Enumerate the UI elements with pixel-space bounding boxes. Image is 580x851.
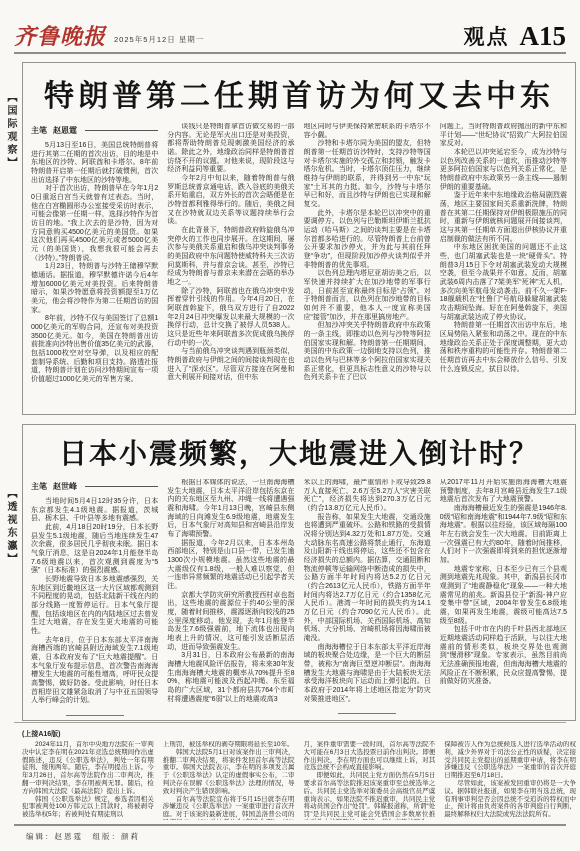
- article1-col4: 问题上，当时特朗普政府抛出的新中东和平计划——“世纪协议”招致广大阿拉伯国家反对…: [440, 123, 567, 385]
- byline-rule: [85, 130, 158, 131]
- paragraph: 月，案件重审需要一段时间，首尔高等法院不大可能在6月3日大选投票日前作出判决。即…: [304, 741, 436, 772]
- article1-byline: 主笔 赵恩霆: [31, 125, 158, 136]
- paragraph: 今年2月中旬以来，随着特朗普与俄罗斯总统普京通电话，跌入谷底的美俄关系开始重启，…: [167, 175, 294, 227]
- weekday: 星期一: [179, 35, 205, 44]
- article1-col2: 谈钱只是特朗普拿首访做交易的一部分内容。无论是军火出口还是对美投资，都将帮助特朗…: [167, 123, 294, 385]
- dateline: 2025年5月12日 星期一: [114, 34, 204, 48]
- article1-columns: 主笔 赵恩霆 5月13日至16日，美国总统特朗普将进行其第二任期的首次出访，目的…: [31, 123, 567, 385]
- continuation-col4-text: 保障被告人作为总统候选人进行选举活动的权利，减少外界对于司法公正性的质疑，决定接…: [444, 741, 576, 819]
- paragraph: 长野地震导致日本多地震感强烈，关东地区到近畿地区这一大片区域都观测到不同程度的晃…: [31, 576, 158, 637]
- byline-label: 主笔: [31, 125, 47, 136]
- paragraph: 与当前俄乌冲突谈判遇到瓶颈类似，特朗普政府与伊朗之间的间接谈判现在也进入了“深水…: [167, 348, 294, 383]
- section-area: 观点 A15: [464, 24, 567, 48]
- paragraph: 即便如此，共同民主党方面仍然在5月5日要求首尔高等法院推迟该案重审至总统选举之后…: [304, 772, 436, 820]
- continuation-col3-text: 月，案件重审需要一段时间，首尔高等法院不大可能在6月3日大选投票日前作出判决。即…: [304, 741, 436, 820]
- paragraph: 以色列总理内塔尼亚胡访美之后，以军快速并持续扩大在加沙地带的军事行动，日前甚至宣…: [304, 270, 431, 322]
- paragraph: 2024年11月，首尔中央地方法院在一审判决中认定李在明在2021年竞选总统期间…: [22, 741, 154, 796]
- paragraph: 报告称，如果发生大地震，交通设施也将遭到严重破坏。公路和铁路的受损情况将分别达到…: [304, 514, 431, 644]
- byline-author: 赵恩霆: [53, 125, 77, 136]
- paragraph: 根据日本媒体的说法，一旦南海海槽发生大地震，日本太平洋沿岸包括东京在内的关东地区…: [167, 479, 294, 540]
- header-rule: [14, 52, 566, 54]
- continuation-col4: 保障被告人作为总统候选人进行选举活动的权利，减少外界对于司法公正性的质疑，决定接…: [444, 741, 576, 820]
- paragraph: 特朗普第一任期首次出访中东后，地区局势陷入紧张和动荡之中。现在的中东地缘政治关系…: [440, 322, 567, 374]
- paragraph: 首尔高等法院宣布将于5月15日就李在明涉嫌违反《公职选举法》一案重审进行首次开庭…: [163, 796, 295, 820]
- article1-col1: 主笔 赵恩霆 5月13日至16日，美国总统特朗普将进行其第二任期的首次出访，目的…: [31, 123, 158, 385]
- paragraph: 沙特和卡塔尔同为美国的盟友，但特朗普第一任期首访沙特时，支持沙特等国对卡塔尔实施…: [304, 140, 431, 209]
- newspaper-page: 齐鲁晚报 2025年5月12日 星期一 观点 A15 【国际观察】 【透视东瀛】…: [0, 0, 580, 851]
- paragraph: 南海海槽最近发生的强震是1946年8.0级“昭和南海地震”和1944年7.9级“…: [440, 505, 567, 566]
- article-trump-mideast: 特朗普第二任期首访为何又去中东 主笔 赵恩霆 5月13日至16日，美国总统特朗普…: [22, 62, 576, 415]
- article2-col1: 主笔 赵世峰 当地时间5月4日12时35分许，日本东京都发生4.1级地震。据报道…: [31, 479, 158, 716]
- paragraph: 上刑罚，被选举权的剥夺期限将延长至10年。: [163, 741, 295, 749]
- editor-credits: 编辑：赵恩霆 组版：颜莉: [26, 831, 140, 842]
- continuation-col2-text: 上刑罚，被选举权的剥夺期限将延长至10年。韩国大法院5月1日对该案作出三审判决，…: [163, 741, 295, 820]
- paragraph: 包括千叶市在内的千叶县西北部地区近期地震活动同样趋于活跃，与以往大地震前的情形类…: [440, 626, 567, 687]
- article1-col2-text: 谈钱只是特朗普拿首访做交易的一部分内容。无论是军火出口还是对美投资，都将帮助特朗…: [167, 123, 294, 383]
- article1-col3: 地区同时与伊美保持紧密联系的卡塔尔不容小觑。沙特和卡塔尔同为美国的盟友，但特朗普…: [304, 123, 431, 385]
- paragraph: 问题上，当时特朗普政府抛出的新中东和平计划——“世纪协议”招致广大阿拉伯国家反对…: [440, 123, 567, 149]
- paragraph: 对于首次出访，特朗普早在今年1月20日重返白宫当天就曾有过表态。当时，他在白宫椭…: [31, 185, 158, 263]
- paragraph: 但加沙冲突关乎特朗普政府中东政策的一条主线，即推动以色列与沙特等阿拉伯国家实现和…: [304, 322, 431, 383]
- newspaper-logo: 齐鲁晚报: [14, 26, 106, 48]
- byline-label: 主笔: [31, 481, 47, 492]
- continued-from-label: (上接A16版): [22, 729, 576, 739]
- continuation-top-rule: [14, 722, 566, 723]
- paragraph: 除了沙特，阿联酋也在俄乌冲突中发挥着穿针引线的作用。今年4月20日，在阿联酋斡旋…: [167, 288, 294, 349]
- paragraph: 此前，4月18日20时19分，日本长野县发生5.1级地震，随后当地连续发生47次…: [31, 524, 158, 576]
- paragraph: 韩国大法院5月1日对该案作出三审判决，推翻二审判决结果，将案件发回首尔高等法院重…: [163, 749, 295, 796]
- page-number: A15: [520, 24, 567, 48]
- column-end-rule: [66, 715, 124, 716]
- masthead-area: 齐鲁晚报 2025年5月12日 星期一: [14, 26, 204, 48]
- article2-col3: 米以上的海啸，最严重情形下或导致29.8万人直接死亡、2.6万至5.2万人“灾害…: [304, 479, 431, 716]
- paragraph: 地区同时与伊美保持紧密联系的卡塔尔不容小觑。: [304, 123, 431, 140]
- article2-headline: 日本小震频繁，大地震进入倒计时？: [31, 432, 567, 472]
- article2-col2-text: 根据日本媒体的说法，一旦南海海槽发生大地震，日本太平洋沿岸包括东京在内的关东地区…: [167, 479, 294, 704]
- byline-rule: [85, 486, 158, 487]
- paragraph: 在此背景下，特朗普政府斡旋俄乌冲突停火的工作也同步展开。在这期间，屡次参与美俄关…: [167, 227, 294, 288]
- paragraph: 当地时间5月4日12时35分许，日本东京都发生4.1级地震。据报道，茨城县、栃木…: [31, 498, 158, 524]
- paragraph: 京都大学防灾研究所教授西村卓也指出，这些地震的震源位于约40公里的深度，随着时间…: [167, 592, 294, 653]
- paragraph: 尽管如此，该案被发回重审仍将是一大争议。据韩联社报道，如果李在明当选总统，现有刑…: [444, 780, 576, 819]
- paragraph: 8年前，沙特不仅与美国签订了总额1000亿美元的军购合同，还宣布对美投资3500…: [31, 315, 158, 384]
- paragraph: 南海海槽位于日本东部太平洋近岸海域的板块聚合处边缘，是一个巨大的断层带，被称为“…: [304, 644, 431, 705]
- continuation-col1-text: 2024年11月，首尔中央地方法院在一审判决中认定李在明在2021年竞选总统期间…: [22, 741, 154, 819]
- article1-col3-text: 地区同时与伊美保持紧密联系的卡塔尔不容小觑。沙特和卡塔尔同为美国的盟友，但特朗普…: [304, 123, 431, 383]
- article1-col1-text: 5月13日至16日，美国总统特朗普将进行其第二任期的首次出访，目的地是中东地区的…: [31, 142, 158, 385]
- column-rail-japan: 【透视东瀛】: [3, 488, 18, 566]
- article2-col2: 根据日本媒体的说法，一旦南海海槽发生大地震，日本太平洋沿岸包括东京在内的关东地区…: [167, 479, 294, 716]
- paragraph: 地震专家称，日本至少已有三个县观测到地震先兆现象。其中，新潟县长冈市观测到了“地…: [440, 566, 567, 627]
- paragraph: 去年8月，位于日本东部太平洋南海海槽西端的宫崎县附近海域发生7.1级地震，日本政…: [31, 637, 158, 706]
- paragraph: 1月23日，特朗普与沙特王储穆罕默德通话。据报道，穆罕默德许诺今后4年增加600…: [31, 263, 158, 315]
- byline-author: 赵世峰: [53, 481, 77, 492]
- article1-col4-text: 问题上，当时特朗普政府抛出的新中东和平计划——“世纪协议”招致广大阿拉伯国家反对…: [440, 123, 567, 374]
- paragraph: 此外，卡塔尔是本轮巴以冲突中的重要调停方。以色列与巴勒斯坦伊斯兰抵抗运动（哈马斯…: [304, 210, 431, 271]
- continuation-section: (上接A16版) 2024年11月，首尔中央地方法院在一审判决中认定李在明在20…: [22, 728, 576, 820]
- paragraph: 米以上的海啸，最严重情形下或导致29.8万人直接死亡、2.6万至5.2万人“灾害…: [304, 479, 431, 514]
- article2-col1-text: 当地时间5月4日12时35分许，日本东京都发生4.1级地震。据报道，茨城县、栃木…: [31, 498, 158, 706]
- column-rail-international: 【国际观察】: [3, 92, 18, 170]
- column-end-rule: [338, 713, 396, 714]
- article2-col3-text: 米以上的海啸，最严重情形下或导致29.8万人直接死亡、2.6万至5.2万人“灾害…: [304, 479, 431, 704]
- continuation-col2: 上刑罚，被选举权的剥夺期限将延长至10年。韩国大法院5月1日对该案作出三审判决，…: [163, 741, 295, 820]
- article2-col4: 从2017年11月开始实施南海海槽大地震预警制度，去年8月宫崎县近海发生7.1级…: [440, 479, 567, 716]
- paragraph: 谈钱只是特朗普拿首访做交易的一部分内容。无论是军火出口还是对美投资，都将帮助特朗…: [167, 123, 294, 175]
- paragraph: 3月31日，日本政府公布最新的南海海槽大地震风险评估报告，将未来30年发生南海海…: [167, 652, 294, 704]
- article2-byline: 主笔 赵世峰: [31, 481, 158, 492]
- date: 2025年5月12日: [114, 35, 176, 44]
- continuation-col3: 月，案件重审需要一段时间，首尔高等法院不大可能在6月3日大选投票日前作出判决。即…: [304, 741, 436, 820]
- continuation-col1: 2024年11月，首尔中央地方法院在一审判决中认定李在明在2021年竞选总统期间…: [22, 741, 154, 820]
- article2-columns: 主笔 赵世峰 当地时间5月4日12时35分许，日本东京都发生4.1级地震。据报道…: [31, 479, 567, 716]
- paragraph: 据报道，今年2月以来，日本本州岛西部地区，特别是山口县一带，已发生逾1300次小…: [167, 540, 294, 592]
- article2-col4-text: 从2017年11月开始实施南海海槽大地震预警制度，去年8月宫崎县近海发生7.1级…: [440, 479, 567, 687]
- section-title: 观点: [464, 27, 510, 48]
- article1-headline: 特朗普第二任期首访为何又去中东: [31, 71, 567, 115]
- paragraph: 鉴于近年来中东地缘政治格局剧烈震荡，地区主要国家间关系重新洗牌，特朗普在其第二任…: [440, 192, 567, 244]
- paragraph: 本轮巴以冲突延宕至今，成为沙特与以色列改善关系的一道坎，而推动沙特等更多阿拉伯国…: [440, 149, 567, 192]
- paragraph: 5月13日至16日，美国总统特朗普将进行其第二任期的首次出访，目的地是中东地区的…: [31, 142, 158, 185]
- paragraph: 韩国《公职选举法》规定，参选者因相关犯罪被判处100万韩元以上罚款时，将被剥夺被…: [22, 796, 154, 819]
- footer-rule: [14, 824, 566, 826]
- paragraph: 从2017年11月开始实施南海海槽大地震预警制度，去年8月宫崎县近海发生7.1级…: [440, 479, 567, 505]
- paragraph: 中东地区困扰美国的问题还不止这些，也门胡塞武装也是一块“硬骨头”。特朗普3月15…: [440, 244, 567, 322]
- article-japan-earthquake: 日本小震频繁，大地震进入倒计时？ 主笔 赵世峰 当地时间5月4日12时35分许，…: [22, 424, 576, 721]
- continuation-columns: 2024年11月，首尔中央地方法院在一审判决中认定李在明在2021年竞选总统期间…: [22, 741, 576, 820]
- paragraph: 保障被告人作为总统候选人进行选举活动的权利，减少外界对于司法公正性的质疑，决定接…: [444, 741, 576, 780]
- page-header: 齐鲁晚报 2025年5月12日 星期一 观点 A15: [14, 10, 566, 48]
